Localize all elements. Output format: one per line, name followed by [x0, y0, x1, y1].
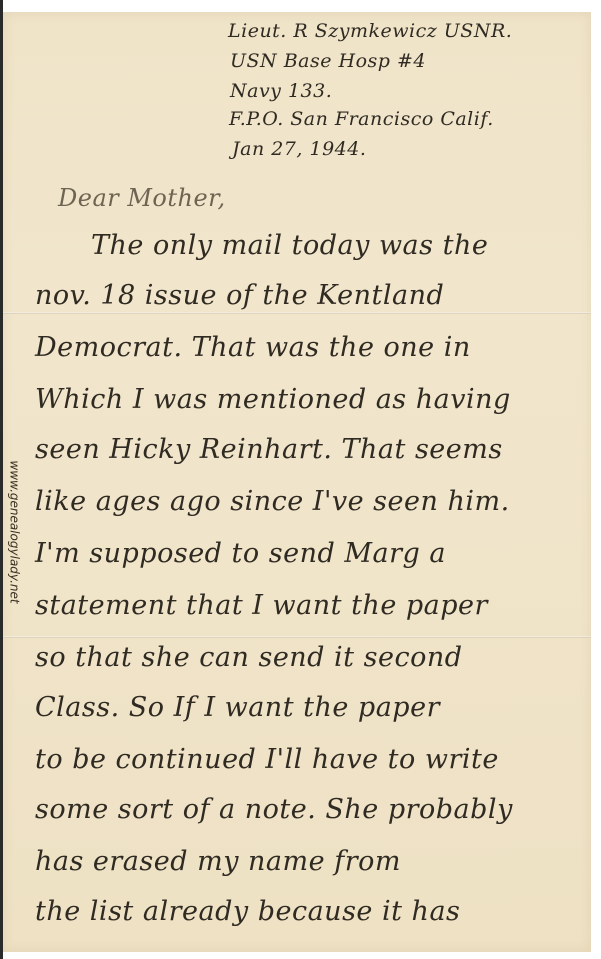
watermark: www.genealogylady.net [5, 432, 25, 632]
salutation: Dear Mother, [58, 184, 226, 212]
letter-date: Jan 27, 1944. [232, 138, 366, 160]
body-line: I'm supposed to send Marg a [35, 538, 446, 569]
paper-fold-line [3, 312, 591, 314]
body-line: The only mail today was the [91, 230, 488, 261]
body-line: the list already because it has [35, 896, 460, 927]
body-line: to be continued I'll have to write [35, 744, 499, 775]
body-line: some sort of a note. She probably [35, 794, 513, 825]
body-line: statement that I want the paper [35, 590, 488, 621]
body-line: nov. 18 issue of the Kentland [35, 280, 444, 311]
header-line-rank-name: Lieut. R Szymkewicz USNR. [228, 20, 512, 42]
header-line-unit: USN Base Hosp #4 [230, 50, 426, 72]
body-line: has erased my name from [35, 846, 401, 877]
body-line: Class. So If I want the paper [35, 692, 440, 723]
body-line: Democrat. That was the one in [35, 332, 471, 363]
paper-fold-line [3, 636, 591, 638]
watermark-text: www.genealogylady.net [8, 460, 22, 603]
body-line: seen Hicky Reinhart. That seems [35, 434, 503, 465]
header-line-navy: Navy 133. [230, 80, 332, 102]
body-line: like ages ago since I've seen him. [35, 486, 510, 517]
header-line-fpo: F.P.O. San Francisco Calif. [229, 108, 494, 130]
letter-page: www.genealogylady.net Lieut. R Szymkewic… [3, 12, 591, 952]
body-line: Which I was mentioned as having [35, 384, 511, 415]
body-line: so that she can send it second [35, 642, 463, 673]
